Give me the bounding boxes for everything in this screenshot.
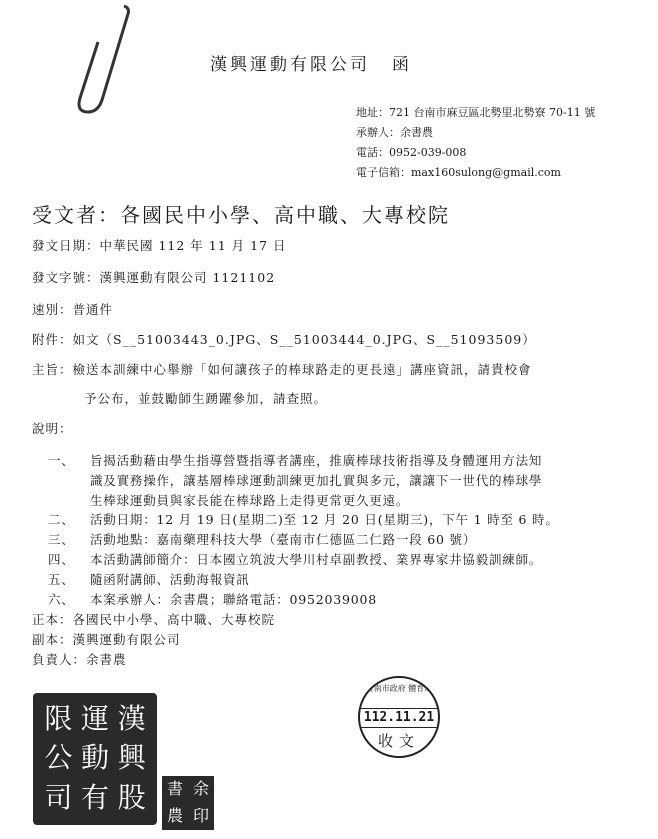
description-item-1: 一、 旨揭活動藉由學生指導營暨指導者講座，推廣棒球技術指導及身體運用方法知 識及… [0,451,658,511]
receipt-stamp-date: 112.11.21 [360,708,438,728]
company-name: 漢興運動有限公司 [210,55,370,75]
paperclip-icon [60,0,160,160]
issue-date: 發文日期：中華民國 112 年 11 月 17 日 [32,236,287,254]
copy-recipients: 副本：漢興運動有限公司 [32,630,181,648]
subject-line-1: 主旨：檢送本訓練中心舉辦「如何讓孩子的棒球路走的更長遠」講座資訊，請貴校會 [32,360,532,378]
phone: 電話：0952-039-008 [356,143,595,163]
responsible-person: 負責人：余書農 [32,650,127,668]
email: 電子信箱：max160sulong@gmail.com [356,163,595,183]
address: 地址：721 台南市麻豆區北勢里北勢寮 70-11 號 [356,103,595,123]
recipient: 受文者：各國民中小學、高中職、大專校院 [32,199,450,228]
document-type: 函 [392,55,412,75]
subject-line-2: 予公布，並鼓勵師生踴躍參加，請查照。 [84,389,327,407]
receipt-stamp-org: 台南市政府 體育局 [360,684,438,693]
letterhead-title: 漢興運動有限公司函 [210,50,412,75]
handler: 承辦人：余書農 [356,123,595,143]
attachments: 附件：如文（S__51003443_0.JPG、S__51003444_0.JP… [32,330,536,348]
contact-block: 地址：721 台南市麻豆區北勢里北勢寮 70-11 號 承辦人：余書農 電話：0… [356,103,595,183]
receipt-stamp-label: 收文 [360,730,438,751]
personal-seal: 書 余 農 印 [162,776,214,830]
original-recipients: 正本：各國民中小學、高中職、大專校院 [32,610,275,628]
delivery-speed: 速別：普通件 [32,300,113,318]
description-label: 說明： [32,419,73,437]
receipt-stamp: 台南市政府 體育局 112.11.21 收文 [358,676,440,758]
company-seal: 限 運 漢 公 動 興 司 有 股 [33,693,157,825]
issue-number: 發文字號：漢興運動有限公司 1121102 [32,268,275,286]
